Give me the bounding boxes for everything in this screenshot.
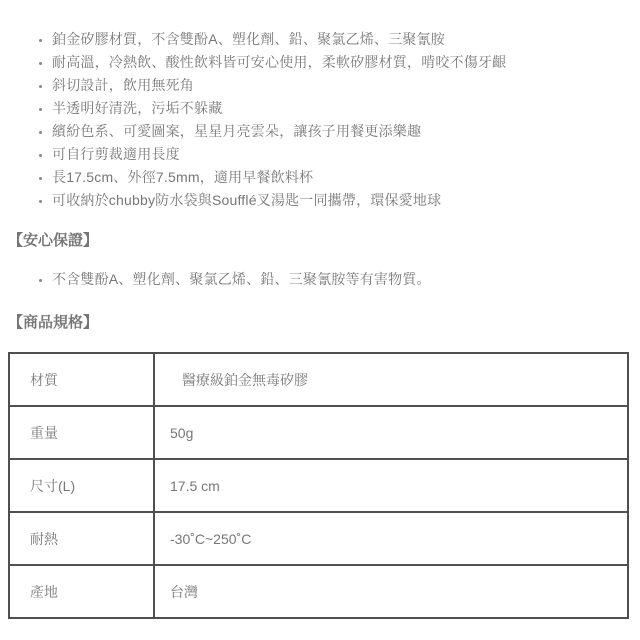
feature-item: 可收納於chubby防水袋與Soufflé叉湯匙一同攜帶，環保愛地球 (52, 189, 629, 212)
table-row-weight: 重量 50g (9, 406, 628, 459)
assurance-item: 不含雙酚A、塑化劑、聚氯乙烯、鉛、三聚氰胺等有害物質。 (52, 268, 629, 291)
table-row-heat-resistance: 耐熱 -30˚C~250˚C (9, 512, 628, 565)
feature-item: 長17.5cm、外徑7.5mm，適用早餐飲料杯 (52, 166, 629, 189)
section-title-assurance: 【安心保證】 (8, 232, 629, 249)
spec-value: 50g (154, 406, 628, 459)
product-description-page: 鉑金矽膠材質，不含雙酚A、塑化劑、鉛、聚氯乙烯、三聚氰胺 耐高溫，冷熱飲、酸性飲… (0, 0, 640, 619)
assurance-list: 不含雙酚A、塑化劑、聚氯乙烯、鉛、三聚氰胺等有害物質。 (8, 268, 629, 291)
spec-label: 材質 (9, 353, 154, 406)
table-row-material: 材質 醫療級鉑金無毒矽膠 (9, 353, 628, 406)
spec-value: 台灣 (154, 565, 628, 618)
table-row-size: 尺寸(L) 17.5 cm (9, 459, 628, 512)
spec-label: 產地 (9, 565, 154, 618)
table-row-origin: 產地 台灣 (9, 565, 628, 618)
spec-value: -30˚C~250˚C (154, 512, 628, 565)
spec-value: 17.5 cm (154, 459, 628, 512)
feature-item: 斜切設計，飲用無死角 (52, 74, 629, 97)
spec-label: 重量 (9, 406, 154, 459)
feature-item: 可自行剪裁適用長度 (52, 143, 629, 166)
spec-label: 尺寸(L) (9, 459, 154, 512)
specs-table: 材質 醫療級鉑金無毒矽膠 重量 50g 尺寸(L) 17.5 cm 耐熱 -30… (8, 352, 629, 619)
feature-item: 鉑金矽膠材質，不含雙酚A、塑化劑、鉛、聚氯乙烯、三聚氰胺 (52, 28, 629, 51)
feature-list: 鉑金矽膠材質，不含雙酚A、塑化劑、鉛、聚氯乙烯、三聚氰胺 耐高溫，冷熱飲、酸性飲… (8, 28, 629, 212)
section-title-specs: 【商品規格】 (8, 314, 629, 331)
feature-item: 耐高溫，冷熱飲、酸性飲料皆可安心使用，柔軟矽膠材質，啃咬不傷牙齦 (52, 51, 629, 74)
spec-label: 耐熱 (9, 512, 154, 565)
feature-item: 繽紛色系、可愛圖案，星星月亮雲朵，讓孩子用餐更添樂趣 (52, 120, 629, 143)
feature-item: 半透明好清洗，污垢不躲藏 (52, 97, 629, 120)
spec-value: 醫療級鉑金無毒矽膠 (154, 353, 628, 406)
